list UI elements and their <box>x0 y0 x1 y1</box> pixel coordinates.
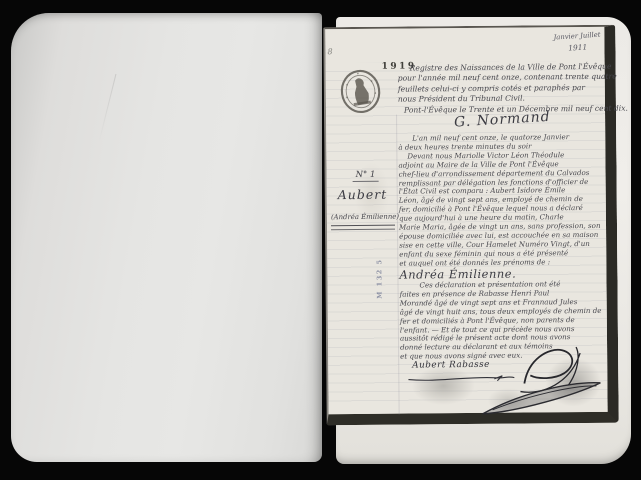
archive-stamp-code: M 132 5 <box>375 251 383 299</box>
second-signature-flourish <box>478 379 608 426</box>
official-seal-icon <box>336 65 385 122</box>
left-blank-page <box>11 13 322 462</box>
margin-surname: Aubert <box>338 187 388 202</box>
act-number: N° 1 <box>353 170 379 182</box>
paper-scratch <box>99 74 117 142</box>
archive-note-year: 1911 <box>541 40 614 55</box>
register-page-surface: 8 Janvier Juillet 1911 <box>325 27 607 414</box>
act-body-paragraph: L'an mil neuf cent onze, le quatorze Jan… <box>398 133 607 268</box>
margin-given-names: (Andréa Émilienne) <box>331 213 399 222</box>
scanned-register-photo: 8 Janvier Juillet 1911 <box>0 0 641 480</box>
margin-double-underline <box>331 225 395 231</box>
archive-note-months: Janvier Juillet <box>553 31 600 42</box>
archive-note: Janvier Juillet 1911 <box>541 29 614 55</box>
register-header-paragraph: Registre des Naissances de la Ville de P… <box>398 62 612 116</box>
pencil-mark: 8 <box>327 47 332 56</box>
register-act-page: 8 Janvier Juillet 1911 <box>323 25 618 426</box>
